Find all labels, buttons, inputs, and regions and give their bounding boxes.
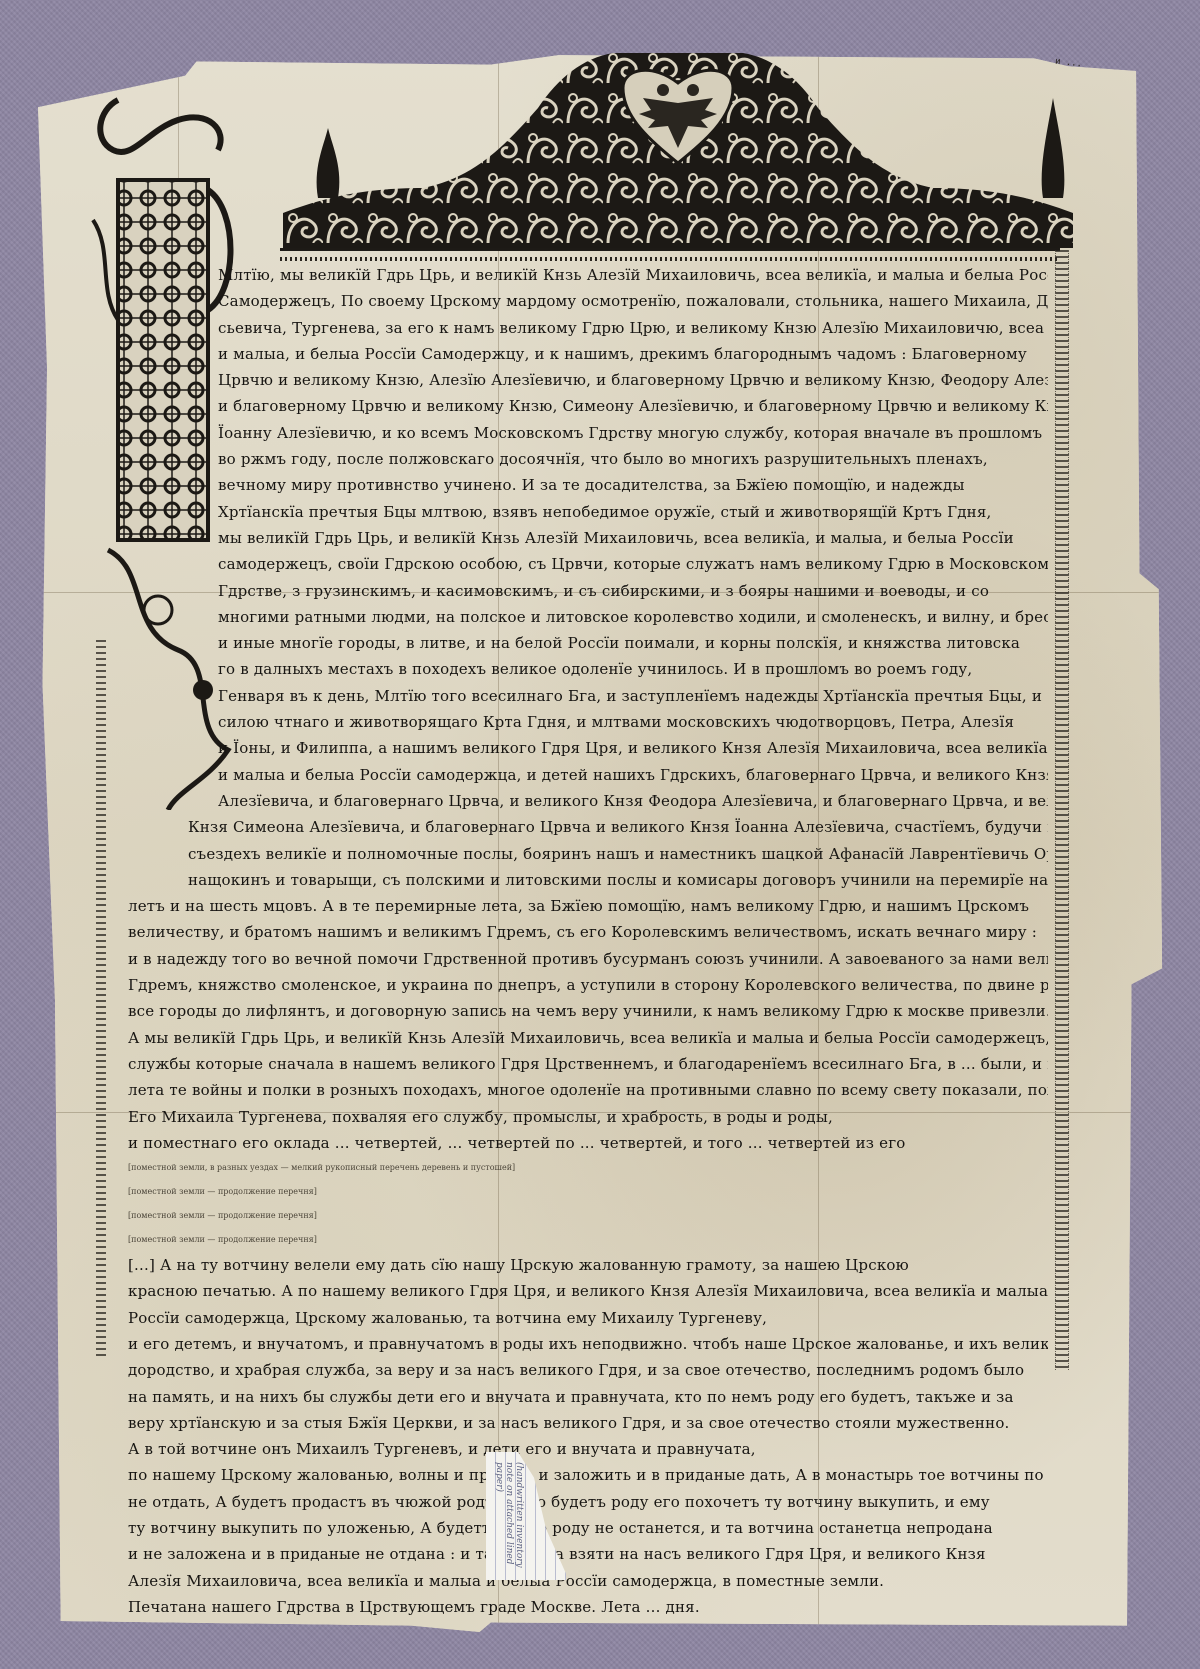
text-line: дородство, и храбрая служба, за веру и з… xyxy=(128,1357,1048,1383)
handwritten-estate-list-line: [поместной земли, в разных уездах — мелк… xyxy=(128,1156,1048,1180)
text-line: Печатана нашего Гдрства в Црствующемъ гр… xyxy=(128,1594,1048,1620)
text-line: сьевича, Тургенева, за его к намъ велико… xyxy=(128,315,1048,341)
text-line: и поместнаго его оклада ... четвертей, .… xyxy=(128,1130,1048,1156)
text-line: и благоверному Црвчю и великому Кнзю, Си… xyxy=(128,393,1048,419)
text-line: и малыа и белыа Россїи самодержца, и дет… xyxy=(128,762,1048,788)
text-line: нащокинъ и товарыщи, съ полскими и литов… xyxy=(128,867,1048,893)
text-line: и Їоны, и Филиппа, а нашимъ великого Гдр… xyxy=(128,735,1048,761)
text-line: Гдремъ, княжство смоленское, и украина п… xyxy=(128,972,1048,998)
text-line: во ржмъ году, после полжовскаго досоячнї… xyxy=(128,446,1048,472)
archive-label-text: (handwritten inventory note on attached … xyxy=(494,1462,524,1580)
text-line: Генваря въ к день, Млтїю того всесилнаго… xyxy=(128,683,1048,709)
text-line: Алезїя Михаиловича, всеа великїа и малыа… xyxy=(128,1568,1048,1594)
text-line: многими ратными людми, на полское и лито… xyxy=(128,604,1048,630)
text-line: вечному миру противнство учинено. И за т… xyxy=(128,472,1048,498)
text-line: летъ и на шесть мцовъ. А в те перемирные… xyxy=(128,893,1048,919)
text-frame-right-border xyxy=(1055,250,1069,1370)
text-line: Самодержецъ, По своему Црскому мардому о… xyxy=(128,288,1048,314)
text-line: съездехъ великїе и полномочные послы, бо… xyxy=(128,841,1048,867)
text-line: ту вотчину выкупить по уложенью, А будет… xyxy=(128,1515,1048,1541)
text-line: на память, и на нихъ бы службы дети его … xyxy=(128,1384,1048,1410)
text-line: Хртїанскїа пречтыя Бцы млтвою, взявъ неп… xyxy=(128,499,1048,525)
text-line: величеству, и братомъ нашимъ и великимъ … xyxy=(128,919,1048,945)
text-line: Їоанну Алезїевичю, и ко всемъ Московском… xyxy=(128,420,1048,446)
text-line: Его Михаила Тургенева, похваляя его служ… xyxy=(128,1104,1048,1130)
text-line: все городы до лифлянтъ, и договорную зап… xyxy=(128,998,1048,1024)
text-line: самодержецъ, своїи Гдрскою особою, съ Цр… xyxy=(128,551,1048,577)
text-line: веру хртїанскую и за стыя Бжїя Церкви, и… xyxy=(128,1410,1048,1436)
text-line: красною печатью. А по нашему великого Гд… xyxy=(128,1278,1048,1304)
text-line: Црвчю и великому Кнзю, Алезїю Алезїевичю… xyxy=(128,367,1048,393)
text-line: Млтїю, мы великїй Гдрь Црь, и великїй Кн… xyxy=(128,262,1048,288)
text-line: А в той вотчине онъ Михаилъ Тургеневъ, и… xyxy=(128,1436,1048,1462)
text-line: службы которые сначала в нашемъ великого… xyxy=(128,1051,1048,1077)
text-line: и малыа, и белыа Россїи Самодержцу, и к … xyxy=(128,341,1048,367)
headpiece-ornament xyxy=(283,48,1073,253)
text-line: и не заложена и в приданые не отдана : и… xyxy=(128,1541,1048,1567)
text-line: го в далныхъ местахъ в походехъ великое … xyxy=(128,656,1048,682)
text-line: и его детемъ, и внучатомъ, и правнучатом… xyxy=(128,1331,1048,1357)
handwritten-estate-list-line: [поместной земли — продолжение перечня] xyxy=(128,1228,1048,1252)
text-line: лета те войны и полки в розныхъ походахъ… xyxy=(128,1077,1048,1103)
text-line: и иные многїе городы, в литве, и на бело… xyxy=(128,630,1048,656)
text-line: Алезїевича, и благовернаго Црвча, и вели… xyxy=(128,788,1048,814)
text-line: мы великїй Гдрь Црь, и великїй Кнзь Алез… xyxy=(128,525,1048,551)
text-line: Россїи самодержца, Црскому жалованью, та… xyxy=(128,1305,1048,1331)
text-frame-top-border xyxy=(280,248,1060,261)
text-line: силою чтнаго и животворящаго Крта Гдня, … xyxy=(128,709,1048,735)
handwritten-estate-list-line: [поместной земли — продолжение перечня] xyxy=(128,1204,1048,1228)
text-line: по нашему Црскому жалованью, волны и про… xyxy=(128,1462,1048,1488)
text-line: и в надежду того во вечной помочи Гдрств… xyxy=(128,946,1048,972)
text-line: не отдать, А будетъ продастъ въ чюжой ро… xyxy=(128,1489,1048,1515)
text-line: Кнзя Симеона Алезїевича, и благовернаго … xyxy=(128,814,1048,840)
text-line: А мы великїй Гдрь Црь, и великїй Кнзь Ал… xyxy=(128,1025,1048,1051)
text-line: Гдрстве, з грузинскимъ, и касимовскимъ, … xyxy=(128,578,1048,604)
text-line: [...] А на ту вотчину велели ему дать сї… xyxy=(128,1252,1048,1278)
charter-text: Млтїю, мы великїй Гдрь Црь, и великїй Кн… xyxy=(128,262,1048,1620)
text-frame-left-border xyxy=(96,640,106,1360)
handwritten-estate-list-line: [поместной земли — продолжение перечня] xyxy=(128,1180,1048,1204)
